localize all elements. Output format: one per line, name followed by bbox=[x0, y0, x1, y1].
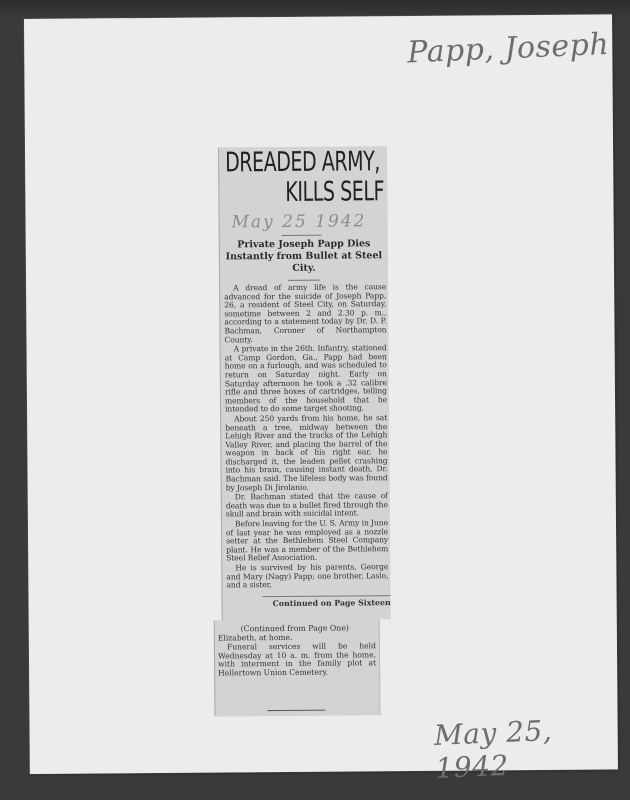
paragraph: A dread of army life is the cause advanc… bbox=[224, 283, 386, 344]
subheadline: Private Joseph Papp Dies Instantly from … bbox=[224, 238, 384, 275]
divider bbox=[288, 280, 320, 281]
handwritten-date: May 25, 1942 bbox=[433, 711, 619, 785]
divider bbox=[263, 595, 391, 597]
headline-line-1: DREADED ARMY, bbox=[225, 148, 380, 176]
handwritten-name: Papp, Joseph bbox=[407, 27, 610, 71]
continued-on-label: Continued on Page Sixteen bbox=[223, 598, 391, 608]
paragraph: He is survived by his parents, George an… bbox=[226, 563, 388, 590]
paragraph: Dr. Bachman stated that the cause of dea… bbox=[226, 492, 388, 519]
pen-strike-line bbox=[282, 235, 322, 236]
paragraph: Funeral services will be held Wednesday … bbox=[218, 642, 376, 678]
paragraph: About 250 yards from his home, he sat be… bbox=[225, 414, 388, 493]
headline-line-2: KILLS SELF bbox=[285, 178, 384, 206]
paragraph: A private in the 26th. Infantry, station… bbox=[225, 344, 388, 414]
continued-from-label: (Continued from Page One) bbox=[215, 623, 375, 633]
end-rule bbox=[267, 710, 325, 711]
newspaper-clipping-continuation: (Continued from Page One) Elizabeth, at … bbox=[214, 619, 381, 716]
archive-card: Papp, Joseph DREADED ARMY, KILLS SELF Ma… bbox=[24, 14, 618, 774]
article-body: A dread of army life is the cause advanc… bbox=[224, 283, 388, 591]
continuation-body: Elizabeth, at home. Funeral services wil… bbox=[218, 633, 376, 678]
pen-date-annotation: May 25 1942 bbox=[232, 211, 367, 232]
paragraph: Before leaving for the U. S. Army in Jun… bbox=[226, 519, 388, 563]
newspaper-clipping: DREADED ARMY, KILLS SELF May 25 1942 Pri… bbox=[218, 146, 391, 620]
